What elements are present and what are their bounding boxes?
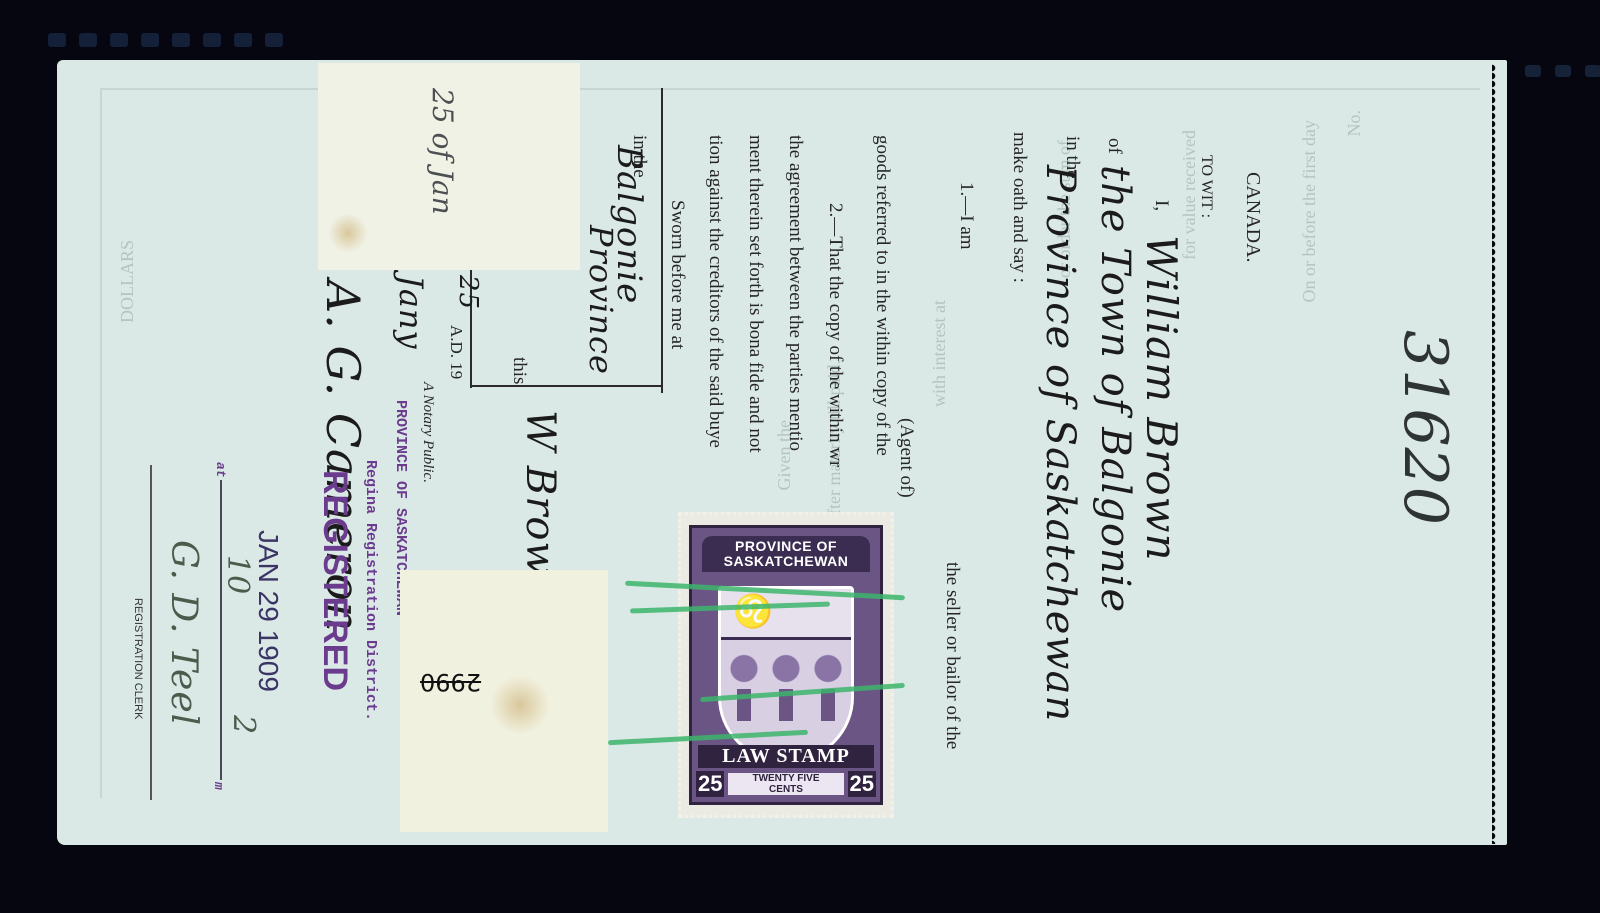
make-oath-text: make oath and say : bbox=[1010, 132, 1029, 283]
law-stamp: PROVINCE OF SASKATCHEWAN ♌ LAW STAMP 25 … bbox=[678, 512, 894, 818]
handwritten-name: William Brown bbox=[1140, 235, 1182, 562]
handwritten-sworn-in-the: Province bbox=[585, 225, 617, 375]
clerk-rule bbox=[150, 465, 152, 800]
registration-clerk-label: REGISTRATION CLERK bbox=[132, 598, 143, 719]
handwritten-province: Province of Saskatchewan bbox=[1040, 165, 1080, 722]
brace-line bbox=[661, 88, 663, 393]
denomination-left: 25 bbox=[696, 771, 724, 797]
seller-bailor-text: the seller or bailor of the bbox=[943, 562, 962, 749]
handwritten-month: Jany bbox=[395, 275, 427, 350]
m-label: m bbox=[212, 782, 225, 790]
sworn-before-text: Sworn before me at bbox=[668, 200, 687, 349]
stain bbox=[328, 213, 368, 253]
paper-label-top: 25 of Jan bbox=[318, 63, 580, 270]
of-label: of bbox=[1105, 138, 1124, 154]
clause-2-line-1: 2.—That the copy of the within wr bbox=[826, 203, 845, 467]
law-stamp-frame: PROVINCE OF SASKATCHEWAN ♌ LAW STAMP 25 … bbox=[689, 525, 883, 805]
clerk-time-hour: 10 bbox=[222, 555, 252, 595]
bleed-text: with interest at bbox=[930, 300, 948, 407]
lion-icon: ♌ bbox=[733, 595, 773, 627]
shield-chief: ♌ bbox=[721, 589, 851, 640]
wheat-sheaves bbox=[729, 651, 843, 721]
notary-public-label: A Notary Public. bbox=[420, 382, 435, 483]
stain bbox=[490, 675, 550, 735]
this-label: this bbox=[510, 357, 529, 384]
wheat-sheaf-icon bbox=[729, 651, 759, 721]
clause-2-line-4: tion against the creditors of the said b… bbox=[706, 135, 725, 448]
file-number: 31620 bbox=[1395, 330, 1455, 526]
border-rule bbox=[100, 88, 102, 798]
denomination-line-2: CENTS bbox=[769, 784, 803, 795]
clause-2-line-2: the agreement between the parties mentio bbox=[786, 135, 805, 451]
brace-line bbox=[470, 385, 662, 387]
handwritten-town: the Town of Balgonie bbox=[1095, 165, 1135, 613]
clerk-signature: G. D. Teel bbox=[165, 540, 201, 726]
pencil-note: 25 of Jan bbox=[428, 88, 456, 215]
border-rule bbox=[100, 88, 1480, 90]
perforated-edge bbox=[1492, 64, 1510, 844]
to-wit-label: TO WIT : bbox=[1198, 155, 1214, 218]
law-stamp-title: PROVINCE OF SASKATCHEWAN bbox=[702, 536, 870, 572]
law-stamp-type: LAW STAMP bbox=[698, 745, 874, 768]
law-stamp-title-line-2: SASKATCHEWAN bbox=[702, 554, 870, 569]
bleed-text: No. bbox=[1345, 110, 1363, 137]
registered-status: REGISTERED bbox=[318, 470, 352, 691]
background-perforation-marks bbox=[48, 33, 283, 47]
wheat-sheaf-icon bbox=[771, 651, 801, 721]
goods-referred-text: goods referred to in the within copy of … bbox=[873, 135, 892, 456]
registration-date: JAN 29 1909 bbox=[254, 530, 282, 692]
wheat-sheaf-icon bbox=[813, 651, 843, 721]
law-stamp-title-line-1: PROVINCE OF bbox=[702, 539, 870, 554]
denomination-right: 25 bbox=[848, 771, 876, 797]
clause-2-line-3: ment therein set forth is bona fide and … bbox=[746, 135, 765, 453]
i-label: I, bbox=[1152, 200, 1171, 211]
denomination-line-1: TWENTY FIVE bbox=[752, 773, 819, 784]
agent-of-text: (Agent of) bbox=[897, 418, 916, 498]
paper-label-bottom: 2990 bbox=[400, 570, 608, 832]
at-label: at bbox=[214, 462, 227, 478]
handwritten-day: 25 bbox=[455, 275, 481, 310]
registration-district: Regina Registration District. bbox=[363, 460, 378, 721]
heading-canada: CANADA. bbox=[1243, 172, 1263, 263]
at-rule bbox=[220, 480, 222, 780]
clerk-time-minute: 2 bbox=[228, 715, 258, 735]
law-stamp-value-row: 25 TWENTY FIVE CENTS 25 bbox=[696, 770, 876, 798]
background-perforation-marks-right bbox=[1525, 65, 1600, 77]
bleed-text: On or before the first day bbox=[1300, 120, 1318, 302]
label-number: 2990 bbox=[420, 670, 481, 694]
clause-1-text: 1.—I am bbox=[957, 182, 976, 250]
ad-label: A.D. 19 bbox=[448, 325, 465, 379]
denomination-text: TWENTY FIVE CENTS bbox=[728, 773, 843, 795]
bleed-text: DOLLARS bbox=[118, 240, 136, 323]
